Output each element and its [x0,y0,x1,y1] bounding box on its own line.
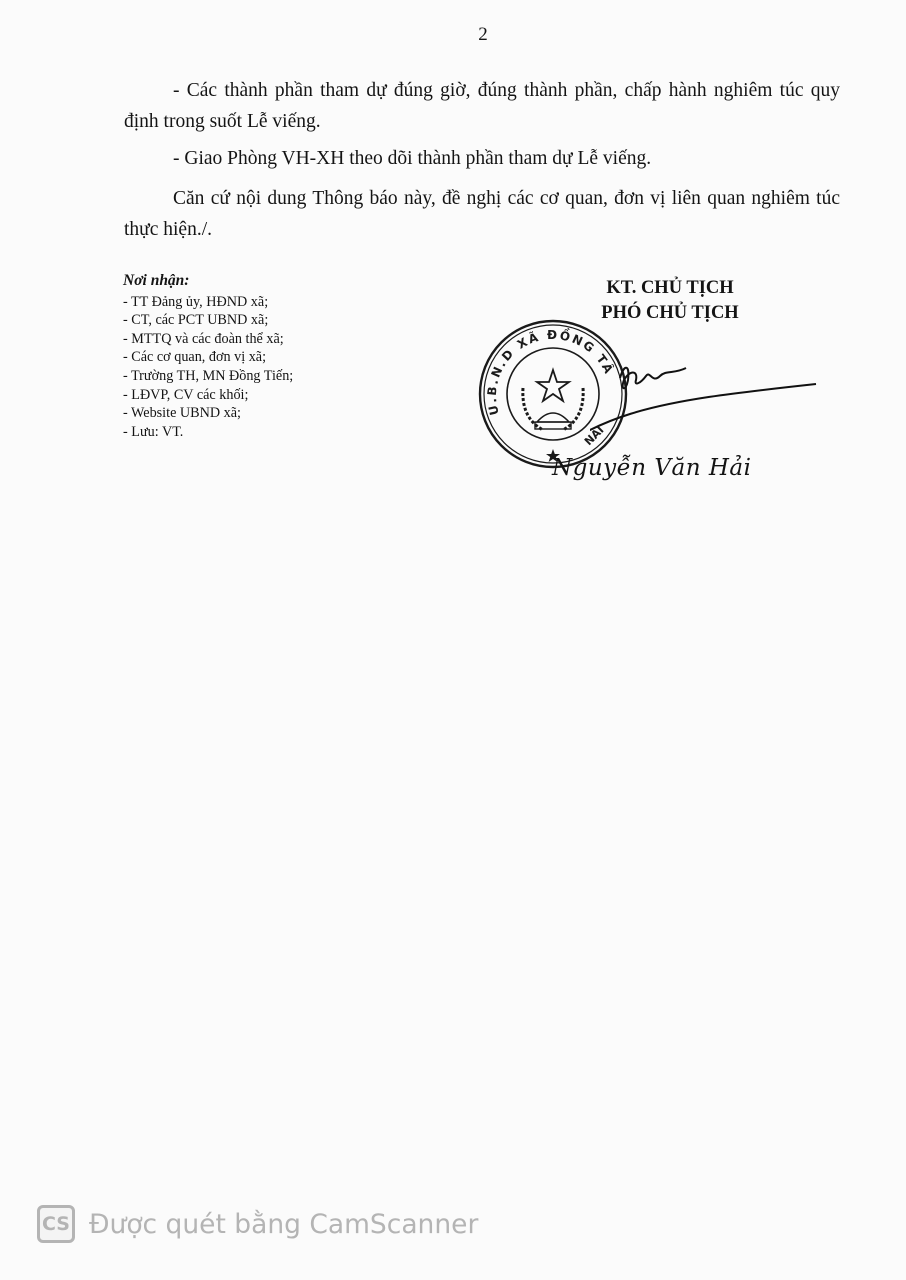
camscanner-logo-icon: CS [37,1205,75,1243]
camscanner-watermark: CS Được quét bằng CamScanner [37,1205,478,1243]
handwritten-signature [590,340,820,440]
paragraph-conclusion: Căn cứ nội dung Thông báo này, đề nghị c… [124,183,840,245]
signer-name: Nguyễn Văn Hải [552,455,772,481]
watermark-text: Được quét bằng CamScanner [89,1209,478,1240]
recipient-item: - MTTQ và các đoàn thể xã; [123,330,293,349]
recipient-item: - TT Đảng ủy, HĐND xã; [123,293,293,312]
recipient-item: - Website UBND xã; [123,404,293,423]
recipient-item: - Các cơ quan, đơn vị xã; [123,348,293,367]
recipient-item: - CT, các PCT UBND xã; [123,311,293,330]
recipient-item: - LĐVP, CV các khối; [123,386,293,405]
paragraph-attendance: - Các thành phần tham dự đúng giờ, đúng … [124,75,840,137]
recipients-block: Nơi nhận: - TT Đảng ủy, HĐND xã; - CT, c… [123,272,293,441]
recipient-item: - Trường TH, MN Đồng Tiến; [123,367,293,386]
signature-title-line1: KT. CHỦ TỊCH [560,276,780,301]
recipient-item: - Lưu: VT. [123,423,293,442]
paragraph-assignment: - Giao Phòng VH-XH theo dõi thành phần t… [124,143,840,174]
national-emblem-icon [523,370,583,430]
recipients-title: Nơi nhận: [123,272,293,291]
page-number: 2 [0,24,906,46]
